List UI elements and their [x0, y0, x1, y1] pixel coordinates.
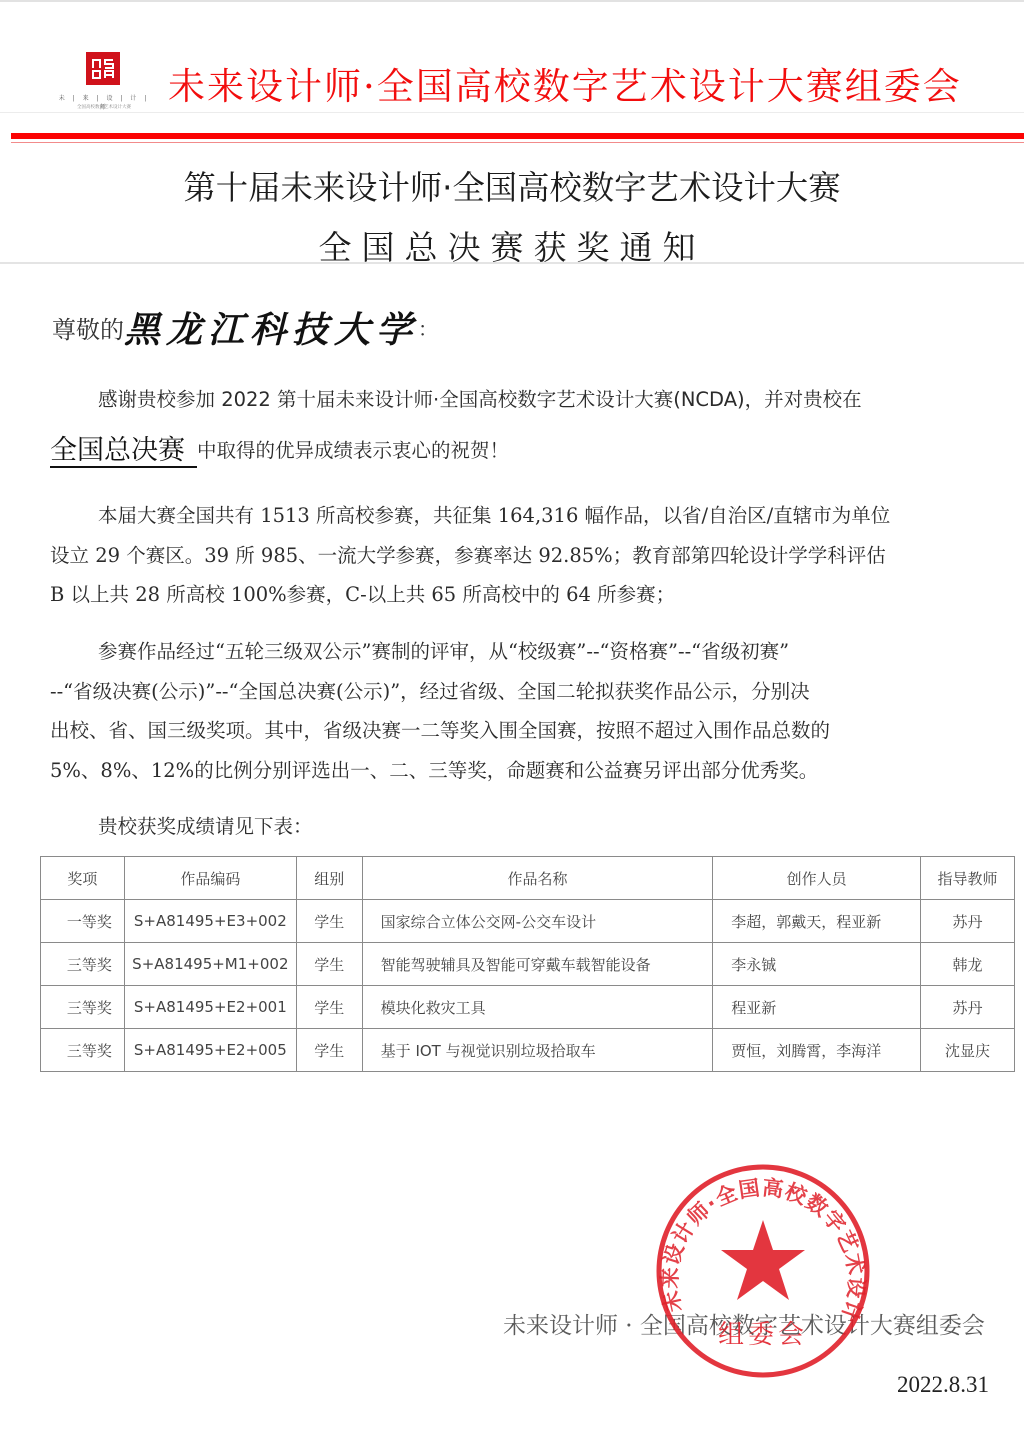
table-header-row: 奖项 作品编码 组别 作品名称 创作人员 指导教师 [41, 857, 1015, 900]
cell-advisor: 韩龙 [921, 943, 1015, 986]
cell-work-name: 国家综合立体公交网-公交车设计 [362, 900, 713, 943]
header-work-name: 作品名称 [362, 857, 713, 900]
header-creators: 创作人员 [713, 857, 921, 900]
cell-advisor: 沈显庆 [921, 1029, 1015, 1072]
award-level-highlight: 全国总决赛 [50, 435, 197, 468]
stats-line-3: B 以上共 28 所高校 100%参赛，C-以上共 65 所高校中的 64 所参… [50, 579, 675, 607]
cell-award: 三等奖 [41, 1029, 125, 1072]
cell-code: S+A81495+M1+002 [124, 943, 296, 986]
cell-creators: 贾恒，刘腾霄，李海洋 [713, 1029, 921, 1072]
table-row: 一等奖 S+A81495+E3+002 学生 国家综合立体公交网-公交车设计 李… [41, 900, 1015, 943]
stats-line-1: 本届大赛全国共有 1513 所高校参赛，共征集 164,316 幅作品，以省/自… [98, 500, 890, 528]
seal-bottom-text: 组委会 [718, 1320, 808, 1350]
header-award: 奖项 [41, 857, 125, 900]
title-separator [0, 262, 1024, 264]
cell-advisor: 苏丹 [921, 900, 1015, 943]
table-intro: 贵校获奖成绩请见下表： [98, 811, 313, 839]
school-name: 黑龙江科技大学 [124, 309, 418, 351]
congrats-line-1: 感谢贵校参加 2022 第十届未来设计师·全国高校数字艺术设计大赛(NCDA)，… [98, 384, 862, 412]
red-rule-thick [11, 133, 1024, 139]
cell-creators: 李超，郭戴天，程亚新 [713, 900, 921, 943]
process-line-2: --“省级决赛(公示)”--“全国总决赛(公示)”，经过省级、全国二轮拟获奖作品… [50, 676, 810, 704]
cell-work-name: 智能驾驶辅具及智能可穿戴车载智能设备 [362, 943, 713, 986]
stats-line-2: 设立 29 个赛区。39 所 985、一流大学参赛，参赛率达 92.85%；教育… [50, 540, 886, 568]
greeting: 尊敬的黑龙江科技大学： [52, 302, 438, 353]
official-seal-icon: 未来设计师·全国高校数字艺术设计大赛 组委会 [652, 1160, 874, 1382]
star-icon [721, 1220, 805, 1300]
congrats-rest: 中取得的优异成绩表示衷心的祝贺！ [197, 439, 509, 462]
cell-work-name: 基于 IOT 与视觉识别垃圾拾取车 [362, 1029, 713, 1072]
cell-code: S+A81495+E2+005 [124, 1029, 296, 1072]
cell-code: S+A81495+E3+002 [124, 900, 296, 943]
ncda-logo-icon [86, 52, 120, 85]
awards-table: 奖项 作品编码 组别 作品名称 创作人员 指导教师 一等奖 S+A81495+E… [40, 856, 1015, 1072]
issue-date: 2022.8.31 [897, 1372, 989, 1398]
org-title: 未来设计师·全国高校数字艺术设计大赛组委会 [168, 56, 962, 110]
cell-code: S+A81495+E2+001 [124, 986, 296, 1029]
cell-award: 一等奖 [41, 900, 125, 943]
cell-group: 学生 [296, 943, 362, 986]
logo-subcaption: 全国高校数字艺术设计大赛 [58, 104, 150, 110]
greeting-suffix: ： [418, 317, 438, 341]
greeting-prefix: 尊敬的 [52, 316, 124, 344]
cell-award: 三等奖 [41, 943, 125, 986]
table-row: 三等奖 S+A81495+E2+001 学生 模块化救灾工具 程亚新 苏丹 [41, 986, 1015, 1029]
cell-award: 三等奖 [41, 986, 125, 1029]
header-advisor: 指导教师 [921, 857, 1015, 900]
cell-group: 学生 [296, 900, 362, 943]
process-line-1: 参赛作品经过“五轮三级双公示”赛制的评审，从“校级赛”--“资格赛”--“省级初… [98, 636, 789, 664]
congrats-line-2: 全国总决赛中取得的优异成绩表示衷心的祝贺！ [50, 428, 509, 467]
document-title: 第十届未来设计师·全国高校数字艺术设计大赛 [10, 162, 1014, 209]
cell-work-name: 模块化救灾工具 [362, 986, 713, 1029]
cell-creators: 程亚新 [713, 986, 921, 1029]
table-row: 三等奖 S+A81495+E2+005 学生 基于 IOT 与视觉识别垃圾拾取车… [41, 1029, 1015, 1072]
header-group: 组别 [296, 857, 362, 900]
cell-group: 学生 [296, 1029, 362, 1072]
process-line-3: 出校、省、国三级奖项。其中，省级决赛一二等奖入围全国赛，按照不超过入围作品总数的 [50, 715, 830, 743]
cell-group: 学生 [296, 986, 362, 1029]
top-border [0, 0, 1024, 2]
cell-creators: 李永铖 [713, 943, 921, 986]
table-row: 三等奖 S+A81495+M1+002 学生 智能驾驶辅具及智能可穿戴车载智能设… [41, 943, 1015, 986]
header-code: 作品编码 [124, 857, 296, 900]
header-separator [0, 112, 1024, 113]
process-line-4: 5%、8%、12%的比例分别评选出一、二、三等奖，命题赛和公益赛另评出部分优秀奖… [50, 755, 818, 783]
cell-advisor: 苏丹 [921, 986, 1015, 1029]
red-rule-thin [11, 142, 1024, 143]
